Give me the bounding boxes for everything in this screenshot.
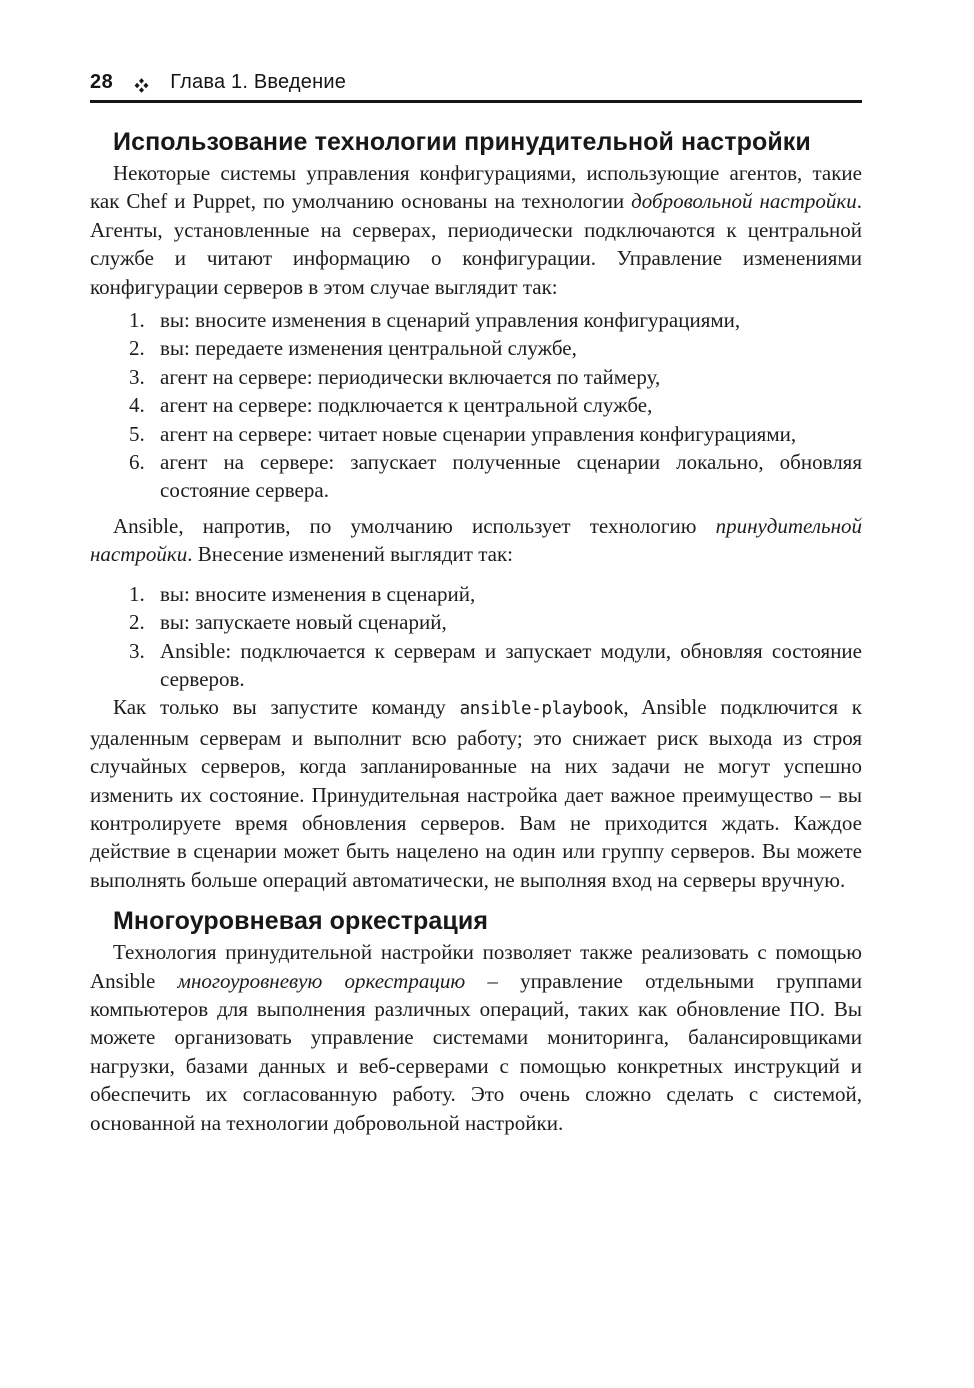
paragraph-ansible: Ansible, напротив, по умолчанию использу… — [90, 512, 862, 569]
text-run-mono: ansible-playbook — [460, 699, 624, 719]
list-item: агент на сервере: периодически включаетс… — [160, 363, 862, 391]
list-item: вы: запускаете новый сценарий, — [160, 608, 862, 636]
list-item: агент на сервере: запускает полученные с… — [160, 448, 862, 505]
list-item: вы: вносите изменения в сценарий управле… — [160, 306, 862, 334]
list-item: вы: передаете изменения центральной служ… — [160, 334, 862, 362]
text-run: Как только вы запустите команду — [113, 695, 460, 719]
list-item: агент на сервере: читает новые сценарии … — [160, 420, 862, 448]
text-run-italic: добровольной настройки — [631, 189, 857, 213]
list-item: Ansible: подключается к серверам и запус… — [160, 637, 862, 694]
text-run-italic: многоуровневую оркестрацию — [178, 969, 466, 993]
section-heading-push: Использование технологии принудительной … — [113, 125, 862, 159]
list-item: агент на сервере: подключается к централ… — [160, 391, 862, 419]
paragraph-intro: Некоторые системы управления конфигураци… — [90, 159, 862, 301]
running-head: 28 Глава 1. Введение — [90, 70, 862, 103]
paragraph-orchestration: Технология принудительной настройки позв… — [90, 938, 862, 1137]
text-run: . Внесение изменений выглядит так: — [187, 542, 513, 566]
section-heading-orchestration: Многоуровневая оркестрация — [113, 904, 862, 938]
pull-steps-list: вы: вносите изменения в сценарий управле… — [90, 306, 862, 505]
text-run: – управление отдельными группами компьют… — [90, 969, 862, 1135]
page-number: 28 — [90, 70, 113, 94]
push-steps-list: вы: вносите изменения в сценарий, вы: за… — [90, 580, 862, 694]
four-diamonds-icon — [134, 75, 149, 90]
chapter-title: Глава 1. Введение — [170, 70, 346, 94]
paragraph-run: Как только вы запустите команду ansible-… — [90, 693, 862, 894]
book-page: 28 Глава 1. Введение Использование техно… — [0, 0, 974, 1388]
text-run: , Ansible подключится к удаленным сервер… — [90, 695, 862, 891]
list-item: вы: вносите изменения в сценарий, — [160, 580, 862, 608]
text-run: Ansible, напротив, по умолчанию использу… — [113, 514, 716, 538]
